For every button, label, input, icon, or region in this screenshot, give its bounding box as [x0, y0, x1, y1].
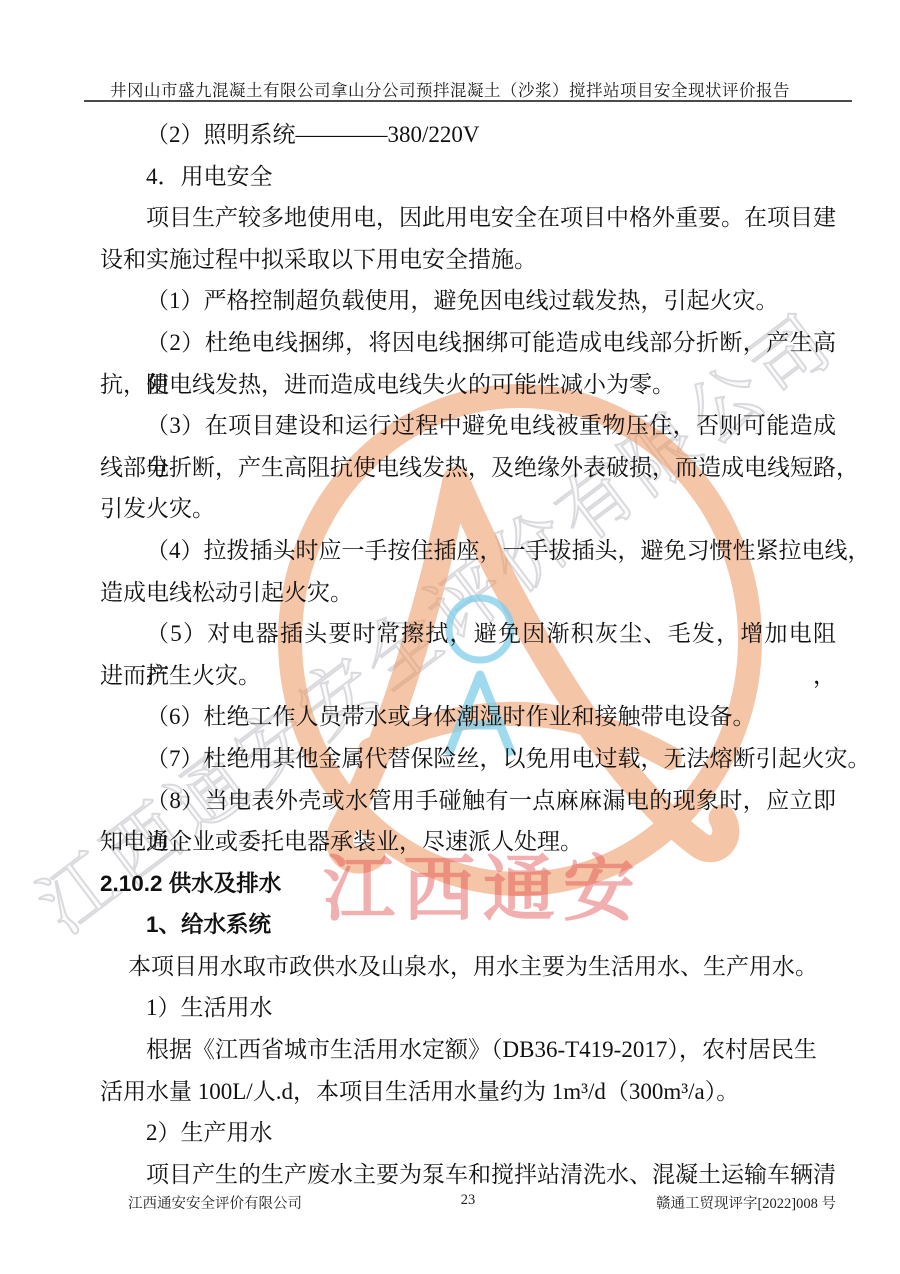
text-line: （6）杜绝工作人员带水或身体潮湿时作业和接触带电设备。: [100, 696, 836, 738]
text-line: （4）拉拨插头时应一手按住插座，一手拔插头，避免习惯性紧拉电线，: [100, 530, 836, 572]
text-line: （5）对电器插头要时常擦拭，避免因渐积灰尘、毛发，增加电阻抗，: [100, 613, 836, 655]
text-line: 造成电线松动引起火灾。: [100, 572, 836, 614]
text-line: 1）生活用水: [100, 987, 836, 1029]
text-line: （1）严格控制超负载使用，避免因电线过载发热，引起火灾。: [100, 280, 836, 322]
text-line: （3）在项目建设和运行过程中避免电线被重物压住，否则可能造成电: [100, 405, 836, 447]
text-line: 本项目用水取市政供水及山泉水，用水主要为生活用水、生产用水。: [100, 946, 836, 988]
page-header-title: 井冈山市盛九混凝土有限公司拿山分公司预拌混凝土（沙浆）搅拌站项目安全现状评价报告: [0, 77, 900, 101]
text-line: 项目产生的生产废水主要为泵车和搅拌站清洗水、混凝土运输车辆清: [100, 1154, 836, 1196]
text-line: 2）生产用水: [100, 1112, 836, 1154]
document-page: 江西通安安全评价有限公司 江西通安 井冈山市盛九混凝土有限公司拿山分公司预拌混凝…: [0, 0, 900, 1274]
text-line: （8）当电表外壳或水管用手碰触有一点麻麻漏电的现象时，应立即通: [100, 780, 836, 822]
text-line: 知电力企业或委托电器承装业，尽速派人处理。: [100, 821, 836, 863]
text-line: （7）杜绝用其他金属代替保险丝，以免用电过载，无法熔断引起火灾。: [100, 738, 836, 780]
text-line: 线部分折断，产生高阻抗使电线发热，及绝缘外表破损，而造成电线短路，: [100, 447, 836, 489]
text-line: 抗，使电线发热，进而造成电线失火的可能性减小为零。: [100, 364, 836, 406]
text-line: （2）照明系统————380/220V: [100, 114, 836, 156]
text-line: 项目生产较多地使用电，因此用电安全在项目中格外重要。在项目建: [100, 197, 836, 239]
text-line: （2）杜绝电线捆绑，将因电线捆绑可能造成电线部分折断，产生高阻: [100, 322, 836, 364]
footer-document-number: 赣通工贸现评字[2022]008 号: [656, 1192, 836, 1213]
page-footer: 江西通安安全评价有限公司 23 赣通工贸现评字[2022]008 号: [100, 1192, 836, 1214]
text-line: 设和实施过程中拟采取以下用电安全措施。: [100, 239, 836, 281]
text-line: 2.10.2 供水及排水: [100, 863, 836, 905]
text-line: 1、给水系统: [100, 904, 836, 946]
text-line: 活用水量 100L/人.d，本项目生活用水量约为 1m³/d（300m³/a）。: [100, 1071, 836, 1113]
text-line: 4．用电安全: [100, 156, 836, 198]
header-divider: [84, 100, 852, 102]
body-lines: （2）照明系统————380/220V4．用电安全项目生产较多地使用电，因此用电…: [100, 114, 836, 1195]
text-line: 引发火灾。: [100, 488, 836, 530]
text-line: 根据《江西省城市生活用水定额》（DB36-T419-2017），农村居民生: [100, 1029, 836, 1071]
